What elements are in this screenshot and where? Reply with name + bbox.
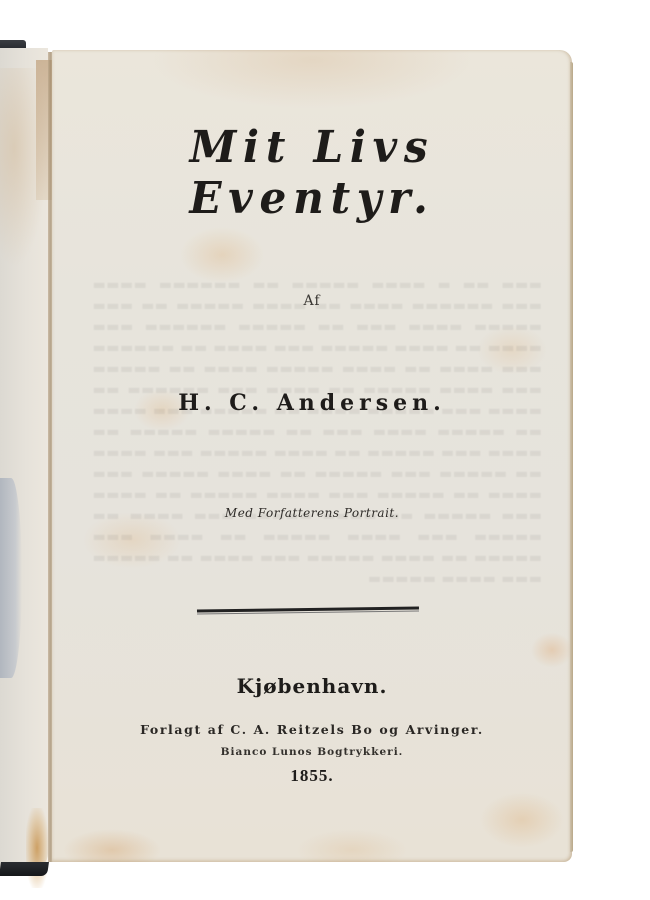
imprint-printer: Bianco Lunos Bogtrykkeri. [52,746,572,758]
reverse-show-through-text: ▬▬▬ ▬▬ ▬ ▬▬▬▬ ▬▬▬▬▬ ▬▬ ▬▬▬▬▬▬ ▬▬▬▬ ▬▬▬ ▬… [92,275,542,695]
book-photo: ▬▬▬ ▬▬ ▬ ▬▬▬▬ ▬▬▬▬▬ ▬▬ ▬▬▬▬▬▬ ▬▬▬▬ ▬▬▬ ▬… [0,0,650,900]
author-name: H. C. Andersen. [52,390,572,416]
imprint-publisher: Forlagt af C. A. Reitzels Bo og Arvinger… [52,722,572,737]
imprint-city: Kjøbenhavn. [52,674,572,698]
double-rule-divider [197,606,419,615]
book-cover-bottom-edge [0,862,49,876]
foxing-stain [26,808,48,888]
byline: Af [52,293,572,309]
portrait-note: Med Forfatterens Portrait. [52,506,572,520]
portrait-show-through [0,478,22,678]
title-page: ▬▬▬ ▬▬ ▬ ▬▬▬▬ ▬▬▬▬▬ ▬▬ ▬▬▬▬▬▬ ▬▬▬▬ ▬▬▬ ▬… [52,50,572,862]
imprint-year: 1855. [52,766,572,786]
book-title: Mit Livs Eventyr. [62,122,561,224]
page-right-edge [570,62,573,852]
